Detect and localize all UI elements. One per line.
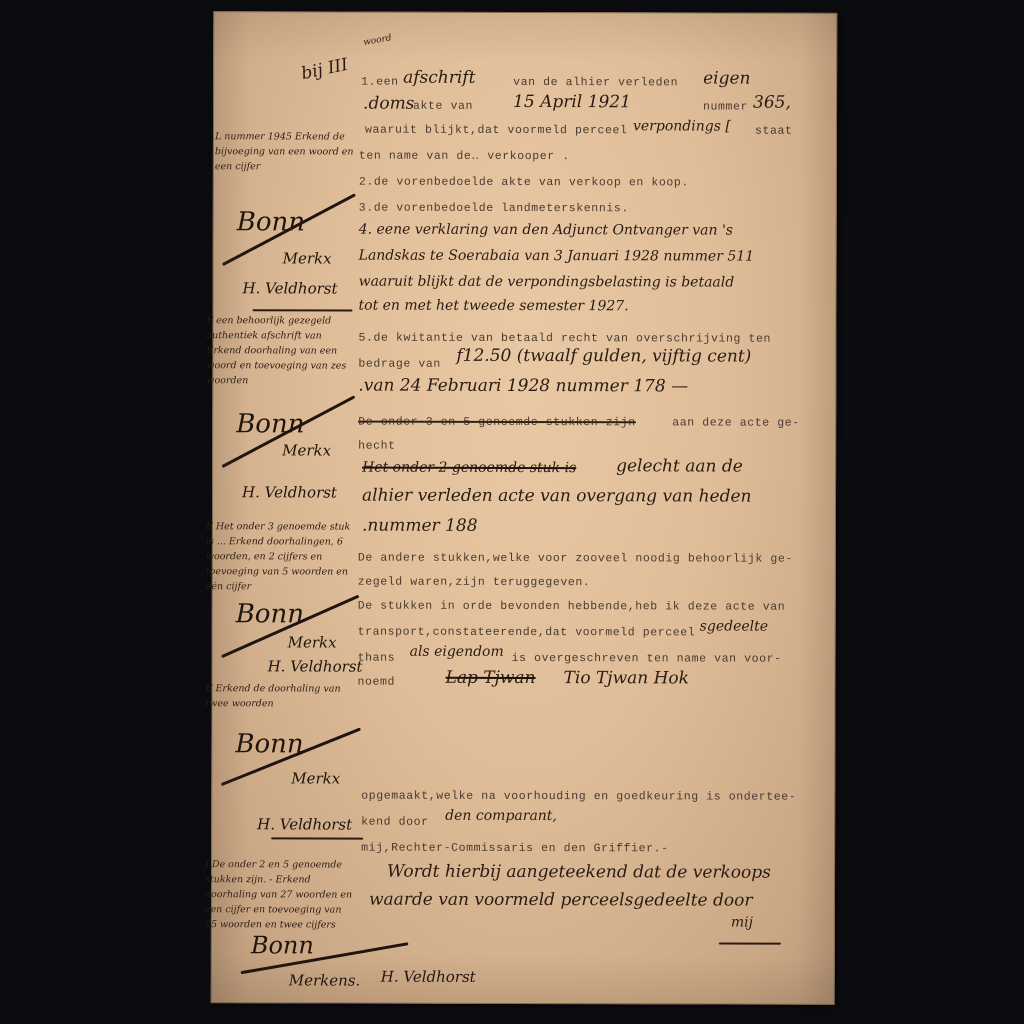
typed-line-1b: van de alhier verleden — [513, 76, 678, 89]
struck-typed-line: De onder 3 en 5 genoemde stukken zijn — [358, 416, 636, 430]
hand-closing-mij: mij — [731, 915, 753, 931]
hand-receipt-date: .van 24 Februari 1928 nummer 178 — — [358, 376, 688, 397]
sig-underline — [253, 309, 353, 311]
typed-andere-2: zegeld waren,zijn teruggegeven. — [358, 576, 591, 590]
struck-hand-line: Het onder 2 genoemde stuk is — [362, 460, 576, 477]
typed-item-5: 5.de kwitantie van betaald recht van ove… — [358, 332, 771, 346]
hand-doms: .doms — [363, 94, 414, 114]
typed-nummer: nummer — [703, 100, 748, 113]
closing-underline — [719, 943, 781, 945]
typed-line-4: ten name van de‥ verkooper . — [359, 148, 570, 164]
header-annotation: bij III — [300, 55, 350, 84]
hand-closing-2: waarde van voormeld perceelsgedeelte doo… — [369, 890, 753, 911]
typed-stukken-2: transport,constateerende,dat voormeld pe… — [358, 626, 696, 640]
typed-opgemaakt: opgemaakt,welke na voorhouding en goedke… — [361, 790, 796, 804]
hand-owner-name: Tio Tjwan Hok — [564, 668, 689, 688]
signature-merkx: Merkx — [282, 441, 331, 459]
hand-afschrift: afschrift — [403, 68, 475, 88]
hand-struck-name: Lap Tjwan — [446, 668, 536, 688]
typed-overgeschreven: is overgeschreven ten name van voor- — [512, 652, 782, 666]
signature-group-1: Bonn Merkx H. Veldhorst — [223, 203, 363, 293]
typed-stukken-1: De stukken in orde bevonden hebbende,heb… — [358, 600, 786, 614]
hand-amount: f12.50 (twaalf gulden, vijftig cent) — [456, 346, 751, 367]
typed-staat: staat — [755, 125, 793, 138]
typed-andere-1: De andere stukken,welke voor zooveel noo… — [358, 552, 793, 566]
signature-veldhorst: H. Veldhorst — [257, 815, 352, 833]
signature-veldhorst: H. Veldhorst — [268, 657, 363, 675]
signature-bonn: Bonn — [251, 931, 314, 959]
hand-comparant: den comparant, — [445, 808, 557, 824]
hand-nummer-188: .nummer 188 — [362, 516, 478, 536]
signature-group-final: Bonn Merkens. H. Veldhorst — [241, 931, 541, 1002]
signature-group-3: Bonn Merkx H. Veldhorst — [222, 599, 372, 689]
hand-alhier: alhier verleden acte van overgang van he… — [362, 486, 752, 507]
typed-mij-rechter: mij,Rechter-Commissaris en den Griffier.… — [361, 842, 669, 856]
hand-gelecht: gelecht aan de — [616, 456, 743, 476]
hand-eigen: eigen — [703, 68, 750, 88]
header-annotation-small: woord — [362, 31, 393, 51]
typed-line-1a: 1.een — [361, 76, 399, 89]
hand-gedeelte: sgedeelte — [700, 618, 768, 634]
hand-verpondings: verpondings [ — [633, 118, 731, 134]
typed-hecht: hecht — [358, 440, 396, 453]
signature-veldhorst: H. Veldhorst — [243, 279, 338, 297]
typed-bedrage: bedrage van — [358, 358, 441, 371]
hand-365: 365, — [753, 93, 791, 113]
hand-item-4-line-1: 4. eene verklaring van den Adjunct Ontva… — [359, 222, 733, 239]
typed-line-2a: akte van — [413, 100, 473, 113]
signature-veldhorst: H. Veldhorst — [242, 483, 337, 501]
hand-closing-1: Wordt hierbij aangeteekend dat de verkoo… — [387, 862, 771, 883]
signature-group-4: Bonn Merkx H. Veldhorst — [221, 729, 371, 849]
hand-item-4-line-4: tot en met het tweede semester 1927. — [359, 298, 629, 315]
signature-merkens: Merkens. — [289, 971, 361, 989]
signature-merkx: Merkx — [291, 769, 340, 787]
document-page: bij III woord 1.een afschrift van de alh… — [211, 11, 838, 1005]
signature-merkx: Merkx — [283, 249, 332, 267]
typed-kend-door: kend door — [361, 816, 429, 829]
typed-line-3a: waaruit blijkt,dat voormeld perceel — [365, 124, 628, 138]
typed-aan-deze-acte: aan deze acte ge- — [672, 416, 800, 429]
signature-group-2: Bonn Merkx H. Veldhorst — [222, 409, 362, 509]
hand-date-1921: 15 April 1921 — [513, 92, 631, 112]
typed-item-2: 2.de vorenbedoelde akte van verkoop en k… — [359, 176, 689, 190]
typed-item-3: 3.de vorenbedoelde landmeterskennis. — [359, 202, 629, 216]
margin-note-1: L nummer 1945 Erkend de bijvoeging van e… — [215, 129, 365, 174]
signature-bonn: Bonn — [236, 409, 304, 439]
signature-bonn: Bonn — [237, 207, 305, 237]
hand-item-4-line-3: waaruit blijkt dat de verpondingsbelasti… — [359, 274, 735, 291]
margin-note-2: F een behoorlijk gezegeld authentiek afs… — [206, 313, 356, 388]
margin-note-3: E Het onder 3 genoemde stuk is ... Erken… — [206, 519, 356, 594]
hand-item-4-line-2: Landskas te Soerabaia van 3 Januari 1928… — [359, 248, 754, 265]
sig-underline — [271, 837, 363, 839]
signature-veldhorst: H. Veldhorst — [381, 968, 476, 986]
hand-als-eigendom: als eigendom — [410, 644, 504, 660]
signature-merkx: Merkx — [288, 633, 337, 651]
margin-note-5: J De onder 2 en 5 genoemde stukken zijn.… — [205, 857, 355, 932]
